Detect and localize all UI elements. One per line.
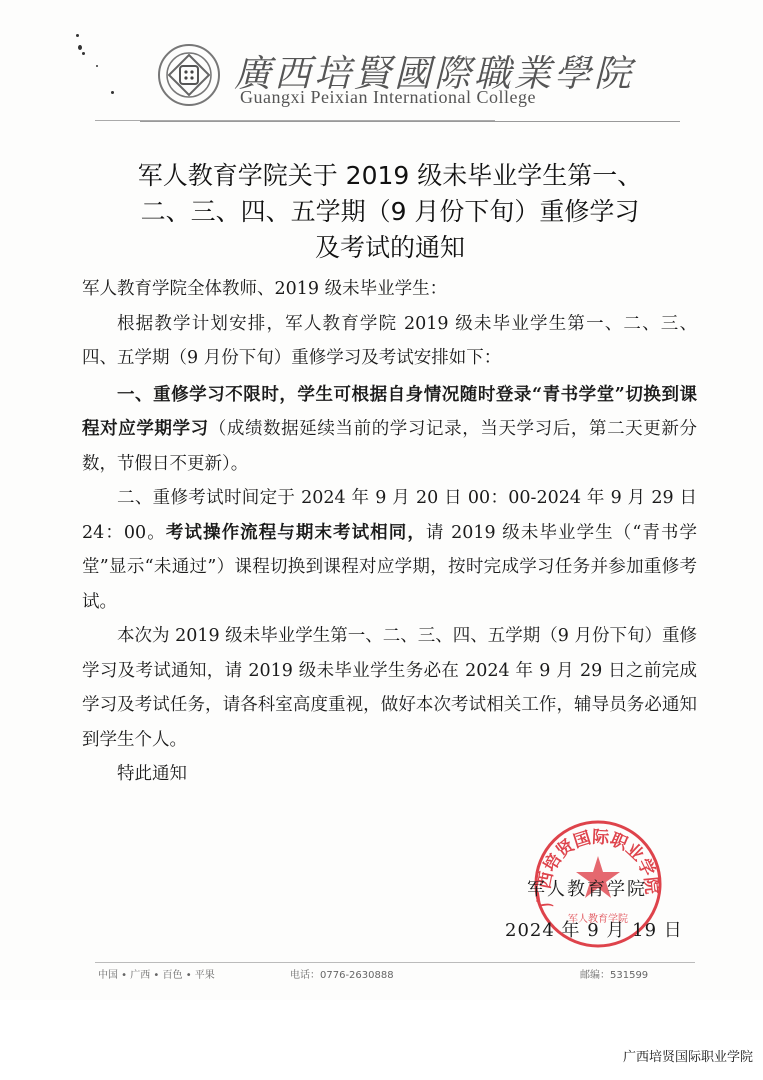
title-line: 二、三、四、五学期（9 月份下旬）重修学习 [90,194,690,230]
letterhead: 廣西培賢國際職業學院 Guangxi Peixian International… [150,37,620,113]
footer-address: 中国 • 广西 • 百色 • 平果 [98,966,215,981]
document-title: 军人教育学院关于 2019 级未毕业学生第一、 二、三、四、五学期（9 月份下旬… [90,158,690,266]
scan-speck [78,45,82,50]
source-watermark: 广西培贤国际职业学院 [623,1046,753,1065]
sign-off: 特此通知 [82,757,697,792]
salutation: 军人教育学院全体教师、2019 级未毕业学生： [82,272,697,307]
scan-speck [82,52,85,55]
signature-date: 2024 年 9 月 19 日 [505,916,683,942]
footer-phone: 电话：0776-2630888 [290,966,394,981]
item-1-paragraph: 一、重修学习不限时，学生可根据自身情况随时登录“青书学堂”切换到课程对应学期学习… [82,378,697,482]
item-2-paragraph: 二、重修考试时间定于 2024 年 9 月 20 日 00：00-2024 年 … [82,481,697,619]
scan-speck [111,91,114,94]
document-page: 廣西培賢國際職業學院 Guangxi Peixian International… [0,0,763,1000]
document-body: 军人教育学院全体教师、2019 级未毕业学生： 根据教学计划安排，军人教育学院 … [82,272,697,792]
signature-org: 军人教育学院 [527,875,647,901]
college-name-en: Guangxi Peixian International College [240,87,536,108]
title-line: 军人教育学院关于 2019 级未毕业学生第一、 [90,158,690,194]
header-divider [140,121,680,122]
scan-speck [76,34,79,37]
item-2-bold: 考试操作流程与期末考试相同， [166,523,426,543]
intro-paragraph: 根据教学计划安排，军人教育学院 2019 级未毕业学生第一、二、三、四、五学期（… [82,307,697,376]
college-emblem-icon [157,43,221,107]
footer-postcode: 邮编：531599 [580,966,648,981]
title-line: 及考试的通知 [90,230,690,266]
closing-paragraph: 本次为 2019 级未毕业学生第一、二、三、四、五学期（9 月份下旬）重修学习及… [82,619,697,757]
footer-divider [95,962,695,963]
scan-speck [96,65,98,67]
